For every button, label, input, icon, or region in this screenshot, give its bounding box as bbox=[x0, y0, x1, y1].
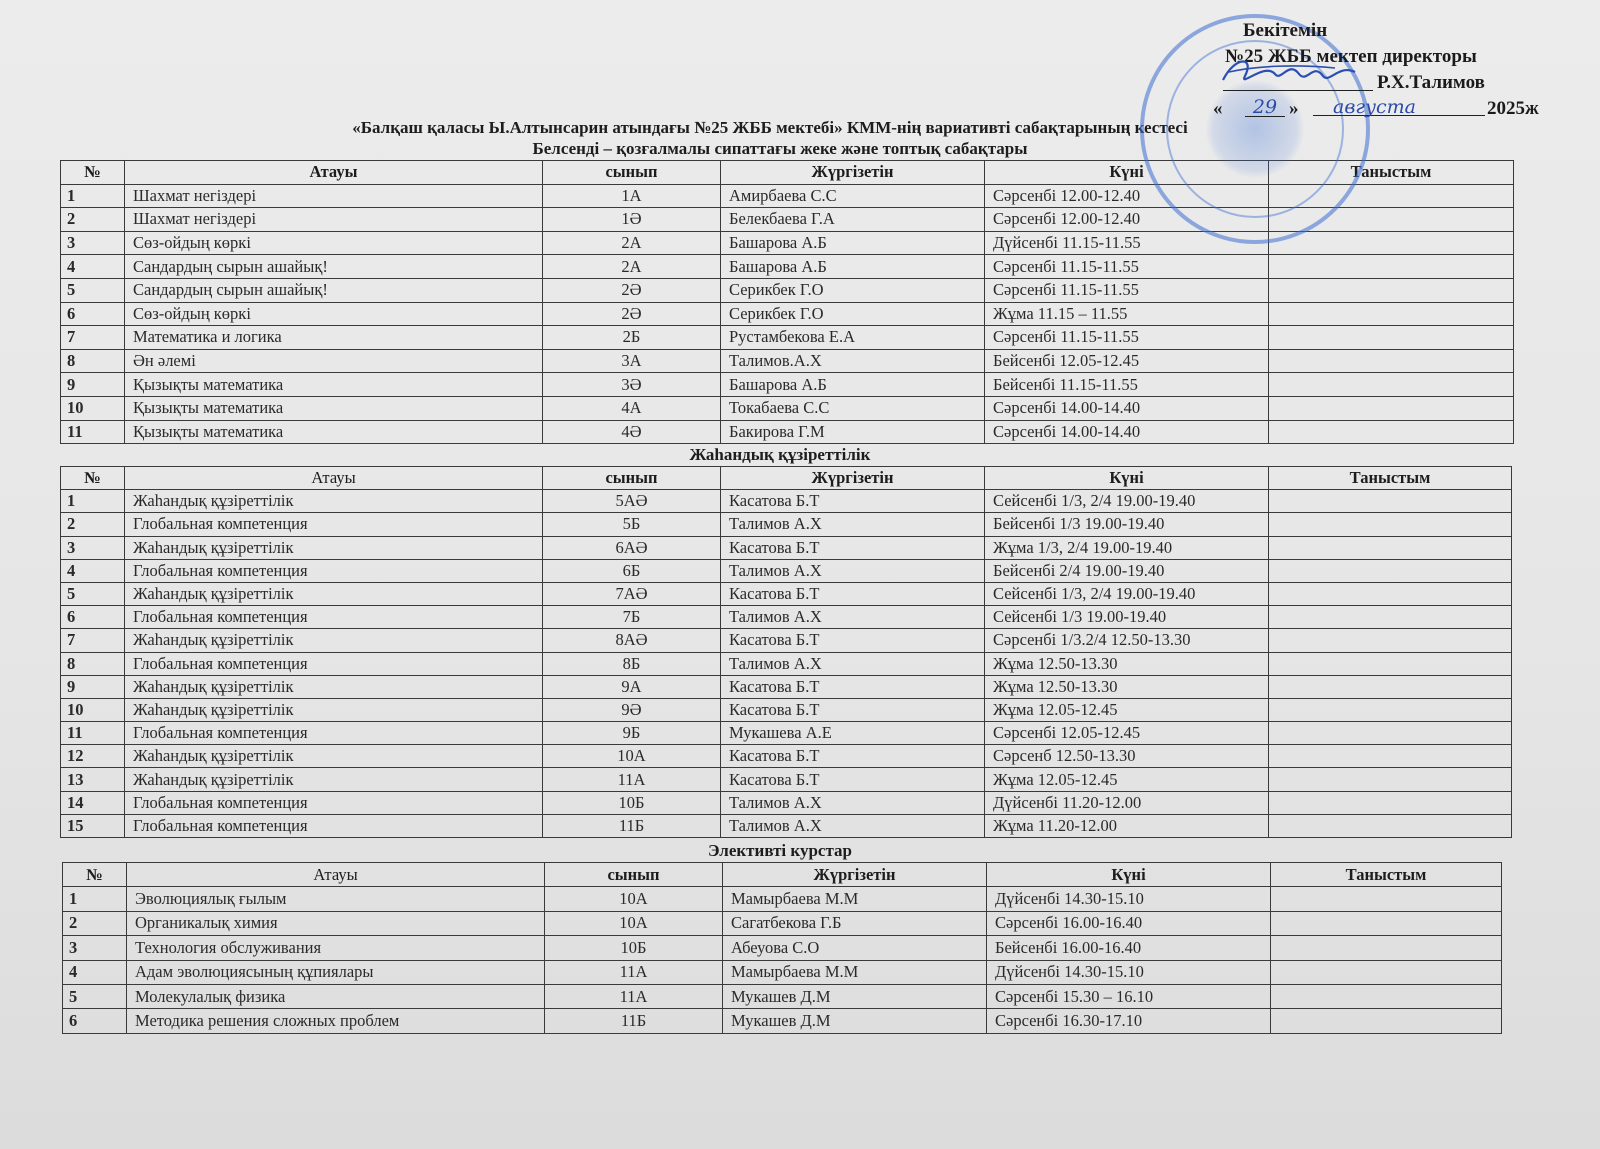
class-cell: 11А bbox=[543, 768, 721, 791]
schedule-cell: Сейсенбі 1/3 19.00-19.40 bbox=[985, 606, 1269, 629]
teacher-cell: Касатова Б.Т bbox=[721, 629, 985, 652]
section-title-global: Жаһандық құзіреттілік bbox=[60, 445, 1500, 465]
row-number: 8 bbox=[61, 349, 125, 373]
col-class-header: сынып bbox=[543, 161, 721, 185]
section-title-active: Белсенді – қозғалмалы сипаттағы жеке жән… bbox=[60, 139, 1500, 159]
table-row: 2Шахмат негіздері1ӘБелекбаева Г.АСәрсенб… bbox=[61, 208, 1514, 232]
col-class-header: сынып bbox=[543, 467, 721, 490]
table-row: 13Жаһандық құзіреттілік11АКасатова Б.ТЖұ… bbox=[61, 768, 1512, 791]
row-number: 11 bbox=[61, 722, 125, 745]
class-cell: 2Ә bbox=[543, 278, 721, 302]
schedule-table-electives: №АтауысыныпЖүргізетінКүніТаныстым 1Эволю… bbox=[62, 862, 1502, 1034]
class-cell: 11А bbox=[545, 960, 723, 984]
teacher-cell: Амирбаева С.С bbox=[721, 184, 985, 208]
class-cell: 1А bbox=[543, 184, 721, 208]
teacher-cell: Талимов.А.Х bbox=[721, 349, 985, 373]
class-cell: 11Б bbox=[545, 1009, 723, 1033]
acknowledged-cell[interactable] bbox=[1269, 490, 1512, 513]
table-row: 7Математика и логика2БРустамбекова Е.АСә… bbox=[61, 326, 1514, 350]
row-number: 13 bbox=[61, 768, 125, 791]
schedule-cell: Сәрсенбі 16.00-16.40 bbox=[987, 911, 1271, 935]
class-cell: 4Ә bbox=[543, 420, 721, 444]
class-cell: 11Б bbox=[543, 814, 721, 837]
table-row: 11Глобальная компетенция9БМукашева А.ЕСә… bbox=[61, 722, 1512, 745]
table-header-row: №АтауысыныпЖүргізетінКүніТаныстым bbox=[63, 863, 1502, 887]
row-number: 8 bbox=[61, 652, 125, 675]
schedule-cell: Сейсенбі 1/3, 2/4 19.00-19.40 bbox=[985, 582, 1269, 605]
col-teacher-header: Жүргізетін bbox=[721, 161, 985, 185]
row-number: 15 bbox=[61, 814, 125, 837]
acknowledged-cell[interactable] bbox=[1269, 255, 1514, 279]
col-class-header: сынып bbox=[545, 863, 723, 887]
course-name: Глобальная компетенция bbox=[125, 513, 543, 536]
approval-signature-line: Р.Х.Талимов bbox=[1205, 70, 1545, 96]
acknowledged-cell[interactable] bbox=[1269, 652, 1512, 675]
schedule-cell: Сәрсенбі 14.00-14.40 bbox=[985, 396, 1269, 420]
teacher-cell: Мамырбаева М.М bbox=[723, 960, 987, 984]
acknowledged-cell[interactable] bbox=[1269, 675, 1512, 698]
table-row: 12Жаһандық құзіреттілік10АКасатова Б.ТСә… bbox=[61, 745, 1512, 768]
table-row: 3Технология обслуживания10БАбеуова С.ОБе… bbox=[63, 936, 1502, 960]
schedule-cell: Сәрсенбі 11.15-11.55 bbox=[985, 326, 1269, 350]
class-cell: 4А bbox=[543, 396, 721, 420]
teacher-cell: Касатова Б.Т bbox=[721, 745, 985, 768]
schedule-cell: Сәрсенбі 12.00-12.40 bbox=[985, 184, 1269, 208]
acknowledged-cell[interactable] bbox=[1271, 1009, 1502, 1033]
row-number: 4 bbox=[61, 559, 125, 582]
table-row: 2Глобальная компетенция5БТалимов А.ХБейс… bbox=[61, 513, 1512, 536]
teacher-cell: Касатова Б.Т bbox=[721, 698, 985, 721]
table-row: 4Сандардың сырын ашайық!2АБашарова А.БСә… bbox=[61, 255, 1514, 279]
table-row: 4Адам эволюциясының құпиялары11АМамырбае… bbox=[63, 960, 1502, 984]
class-cell: 10Б bbox=[543, 791, 721, 814]
table-row: 7Жаһандық құзіреттілік8АӘКасатова Б.ТСәр… bbox=[61, 629, 1512, 652]
acknowledged-cell[interactable] bbox=[1269, 582, 1512, 605]
table-row: 14Глобальная компетенция10БТалимов А.ХДү… bbox=[61, 791, 1512, 814]
schedule-cell: Жұма 1/3, 2/4 19.00-19.40 bbox=[985, 536, 1269, 559]
row-number: 14 bbox=[61, 791, 125, 814]
course-name: Қызықты математика bbox=[125, 373, 543, 397]
col-name-header: Атауы bbox=[125, 467, 543, 490]
col-teacher-header: Жүргізетін bbox=[721, 467, 985, 490]
course-name: Жаһандық құзіреттілік bbox=[125, 698, 543, 721]
acknowledged-cell[interactable] bbox=[1269, 814, 1512, 837]
class-cell: 10А bbox=[545, 911, 723, 935]
teacher-cell: Талимов А.Х bbox=[721, 513, 985, 536]
course-name: Математика и логика bbox=[125, 326, 543, 350]
class-cell: 9А bbox=[543, 675, 721, 698]
teacher-cell: Талимов А.Х bbox=[721, 791, 985, 814]
teacher-cell: Башарова А.Б bbox=[721, 373, 985, 397]
acknowledged-cell[interactable] bbox=[1269, 208, 1514, 232]
table-row: 15Глобальная компетенция11БТалимов А.ХЖұ… bbox=[61, 814, 1512, 837]
schedule-cell: Сәрсенбі 14.00-14.40 bbox=[985, 420, 1269, 444]
course-name: Сандардың сырын ашайық! bbox=[125, 255, 543, 279]
table-row: 4Глобальная компетенция6БТалимов А.ХБейс… bbox=[61, 559, 1512, 582]
teacher-cell: Касатова Б.Т bbox=[721, 582, 985, 605]
row-number: 10 bbox=[61, 698, 125, 721]
class-cell: 6Б bbox=[543, 559, 721, 582]
acknowledged-cell[interactable] bbox=[1271, 911, 1502, 935]
schedule-cell: Жұма 12.05-12.45 bbox=[985, 768, 1269, 791]
acknowledged-cell[interactable] bbox=[1269, 536, 1512, 559]
course-name: Жаһандық құзіреттілік bbox=[125, 745, 543, 768]
table-row: 5Молекулалық физика11АМукашев Д.МСәрсенб… bbox=[63, 984, 1502, 1008]
schedule-cell: Дүйсенбі 11.15-11.55 bbox=[985, 231, 1269, 255]
schedule-cell: Дүйсенбі 11.20-12.00 bbox=[985, 791, 1269, 814]
teacher-cell: Башарова А.Б bbox=[721, 255, 985, 279]
col-number-header: № bbox=[63, 863, 127, 887]
table-row: 8Ән әлемі3АТалимов.А.ХБейсенбі 12.05-12.… bbox=[61, 349, 1514, 373]
director-name: Р.Х.Талимов bbox=[1377, 70, 1485, 96]
teacher-cell: Мукашев Д.М bbox=[723, 1009, 987, 1033]
class-cell: 8Б bbox=[543, 652, 721, 675]
table-row: 1Жаһандық құзіреттілік5АӘКасатова Б.ТСей… bbox=[61, 490, 1512, 513]
course-name: Эволюциялық ғылым bbox=[127, 887, 545, 911]
schedule-cell: Бейсенбі 2/4 19.00-19.40 bbox=[985, 559, 1269, 582]
schedule-cell: Жұма 11.15 – 11.55 bbox=[985, 302, 1269, 326]
teacher-cell: Касатова Б.Т bbox=[721, 768, 985, 791]
teacher-cell: Токабаева С.С bbox=[721, 396, 985, 420]
schedule-cell: Сәрсенбі 16.30-17.10 bbox=[987, 1009, 1271, 1033]
row-number: 1 bbox=[61, 490, 125, 513]
schedule-cell: Сейсенбі 1/3, 2/4 19.00-19.40 bbox=[985, 490, 1269, 513]
row-number: 7 bbox=[61, 326, 125, 350]
table-row: 1Шахмат негіздері1ААмирбаева С.ССәрсенбі… bbox=[61, 184, 1514, 208]
acknowledged-cell[interactable] bbox=[1269, 278, 1514, 302]
acknowledged-cell[interactable] bbox=[1271, 984, 1502, 1008]
teacher-cell: Мукашев Д.М bbox=[723, 984, 987, 1008]
table-header-row: №АтауысыныпЖүргізетінКүніТаныстым bbox=[61, 161, 1514, 185]
teacher-cell: Бакирова Г.М bbox=[721, 420, 985, 444]
teacher-cell: Белекбаева Г.А bbox=[721, 208, 985, 232]
teacher-cell: Касатова Б.Т bbox=[721, 490, 985, 513]
approval-day: 29 bbox=[1245, 94, 1285, 117]
approval-year: 2025ж bbox=[1487, 96, 1539, 122]
teacher-cell: Башарова А.Б bbox=[721, 231, 985, 255]
table-row: 5Жаһандық құзіреттілік7АӘКасатова Б.ТСей… bbox=[61, 582, 1512, 605]
schedule-cell: Жұма 11.20-12.00 bbox=[985, 814, 1269, 837]
approval-block: Бекітемін №25 ЖББ мектеп директоры Р.Х.Т… bbox=[1205, 18, 1545, 122]
row-number: 1 bbox=[61, 184, 125, 208]
course-name: Сөз-ойдың көркі bbox=[125, 302, 543, 326]
row-number: 5 bbox=[63, 984, 127, 1008]
approval-position: №25 ЖББ мектеп директоры bbox=[1205, 44, 1545, 70]
acknowledged-cell[interactable] bbox=[1269, 698, 1512, 721]
course-name: Глобальная компетенция bbox=[125, 606, 543, 629]
course-name: Глобальная компетенция bbox=[125, 559, 543, 582]
section-title-electives: Элективті курстар bbox=[60, 841, 1500, 861]
acknowledged-cell[interactable] bbox=[1269, 513, 1512, 536]
acknowledged-cell[interactable] bbox=[1269, 231, 1514, 255]
schedule-cell: Бейсенбі 16.00-16.40 bbox=[987, 936, 1271, 960]
class-cell: 2А bbox=[543, 231, 721, 255]
class-cell: 10Б bbox=[545, 936, 723, 960]
class-cell: 10А bbox=[543, 745, 721, 768]
table-row: 10Қызықты математика4АТокабаева С.ССәрсе… bbox=[61, 396, 1514, 420]
row-number: 3 bbox=[61, 536, 125, 559]
acknowledged-cell[interactable] bbox=[1271, 960, 1502, 984]
acknowledged-cell[interactable] bbox=[1269, 184, 1514, 208]
class-cell: 1Ә bbox=[543, 208, 721, 232]
teacher-cell: Серикбек Г.О bbox=[721, 278, 985, 302]
acknowledged-cell[interactable] bbox=[1269, 629, 1512, 652]
row-number: 3 bbox=[61, 231, 125, 255]
acknowledged-cell[interactable] bbox=[1269, 373, 1514, 397]
class-cell: 3А bbox=[543, 349, 721, 373]
table-row: 8Глобальная компетенция8БТалимов А.ХЖұма… bbox=[61, 652, 1512, 675]
schedule-cell: Сәрсенбі 1/3.2/4 12.50-13.30 bbox=[985, 629, 1269, 652]
schedule-cell: Жұма 12.05-12.45 bbox=[985, 698, 1269, 721]
col-acknowledged-header: Таныстым bbox=[1271, 863, 1502, 887]
schedule-cell: Дүйсенбі 14.30-15.10 bbox=[987, 887, 1271, 911]
row-number: 5 bbox=[61, 582, 125, 605]
acknowledged-cell[interactable] bbox=[1269, 745, 1512, 768]
acknowledged-cell[interactable] bbox=[1269, 559, 1512, 582]
teacher-cell: Талимов А.Х bbox=[721, 559, 985, 582]
acknowledged-cell[interactable] bbox=[1269, 768, 1512, 791]
course-name: Молекулалық физика bbox=[127, 984, 545, 1008]
table-row: 3Сөз-ойдың көркі2АБашарова А.БДүйсенбі 1… bbox=[61, 231, 1514, 255]
schedule-table-global: №АтауысыныпЖүргізетінКүніТаныстым 1Жаһан… bbox=[60, 466, 1512, 838]
row-number: 3 bbox=[63, 936, 127, 960]
row-number: 7 bbox=[61, 629, 125, 652]
acknowledged-cell[interactable] bbox=[1269, 396, 1514, 420]
col-number-header: № bbox=[61, 161, 125, 185]
row-number: 5 bbox=[61, 278, 125, 302]
class-cell: 6АӘ bbox=[543, 536, 721, 559]
table-row: 9Жаһандық құзіреттілік9АКасатова Б.ТЖұма… bbox=[61, 675, 1512, 698]
schedule-cell: Сәрсенбі 11.15-11.55 bbox=[985, 255, 1269, 279]
table-row: 6Сөз-ойдың көркі2ӘСерикбек Г.ОЖұма 11.15… bbox=[61, 302, 1514, 326]
teacher-cell: Талимов А.Х bbox=[721, 606, 985, 629]
approval-heading: Бекітемін bbox=[1205, 18, 1545, 44]
schedule-cell: Бейсенбі 12.05-12.45 bbox=[985, 349, 1269, 373]
table-row: 1Эволюциялық ғылым10АМамырбаева М.МДүйсе… bbox=[63, 887, 1502, 911]
class-cell: 10А bbox=[545, 887, 723, 911]
row-number: 2 bbox=[63, 911, 127, 935]
table-row: 5Сандардың сырын ашайық!2ӘСерикбек Г.ОСә… bbox=[61, 278, 1514, 302]
schedule-cell: Сәрсенбі 12.00-12.40 bbox=[985, 208, 1269, 232]
class-cell: 5Б bbox=[543, 513, 721, 536]
schedule-cell: Жұма 12.50-13.30 bbox=[985, 652, 1269, 675]
acknowledged-cell[interactable] bbox=[1269, 420, 1514, 444]
course-name: Глобальная компетенция bbox=[125, 722, 543, 745]
course-name: Методика решения сложных проблем bbox=[127, 1009, 545, 1033]
course-name: Жаһандық құзіреттілік bbox=[125, 629, 543, 652]
schedule-cell: Сәрсенбі 15.30 – 16.10 bbox=[987, 984, 1271, 1008]
col-day-header: Күні bbox=[987, 863, 1271, 887]
schedule-cell: Бейсенбі 1/3 19.00-19.40 bbox=[985, 513, 1269, 536]
signature-underline bbox=[1223, 90, 1373, 91]
course-name: Жаһандық құзіреттілік bbox=[125, 675, 543, 698]
acknowledged-cell[interactable] bbox=[1269, 791, 1512, 814]
course-name: Қызықты математика bbox=[125, 396, 543, 420]
row-number: 12 bbox=[61, 745, 125, 768]
row-number: 6 bbox=[63, 1009, 127, 1033]
table-row: 6Методика решения сложных проблем11БМука… bbox=[63, 1009, 1502, 1033]
table-header-row: №АтауысыныпЖүргізетінКүніТаныстым bbox=[61, 467, 1512, 490]
row-number: 9 bbox=[61, 675, 125, 698]
course-name: Технология обслуживания bbox=[127, 936, 545, 960]
table-row: 10Жаһандық құзіреттілік9ӘКасатова Б.ТЖұм… bbox=[61, 698, 1512, 721]
row-number: 2 bbox=[61, 513, 125, 536]
teacher-cell: Талимов А.Х bbox=[721, 652, 985, 675]
teacher-cell: Касатова Б.Т bbox=[721, 536, 985, 559]
quote-open: « bbox=[1213, 96, 1223, 122]
course-name: Сөз-ойдың көркі bbox=[125, 231, 543, 255]
class-cell: 7Б bbox=[543, 606, 721, 629]
course-name: Глобальная компетенция bbox=[125, 814, 543, 837]
class-cell: 5АӘ bbox=[543, 490, 721, 513]
col-name-header: Атауы bbox=[127, 863, 545, 887]
col-acknowledged-header: Таныстым bbox=[1269, 161, 1514, 185]
teacher-cell: Мамырбаева М.М bbox=[723, 887, 987, 911]
row-number: 4 bbox=[61, 255, 125, 279]
schedule-cell: Жұма 12.50-13.30 bbox=[985, 675, 1269, 698]
row-number: 10 bbox=[61, 396, 125, 420]
col-acknowledged-header: Таныстым bbox=[1269, 467, 1512, 490]
teacher-cell: Сагатбекова Г.Б bbox=[723, 911, 987, 935]
schedule-cell: Дүйсенбі 14.30-15.10 bbox=[987, 960, 1271, 984]
table-row: 3Жаһандық құзіреттілік6АӘКасатова Б.ТЖұм… bbox=[61, 536, 1512, 559]
teacher-cell: Мукашева А.Е bbox=[721, 722, 985, 745]
class-cell: 9Ә bbox=[543, 698, 721, 721]
class-cell: 3Ә bbox=[543, 373, 721, 397]
class-cell: 2Ә bbox=[543, 302, 721, 326]
course-name: Глобальная компетенция bbox=[125, 791, 543, 814]
row-number: 6 bbox=[61, 606, 125, 629]
col-day-header: Күні bbox=[985, 467, 1269, 490]
course-name: Органикалық химия bbox=[127, 911, 545, 935]
class-cell: 8АӘ bbox=[543, 629, 721, 652]
table-row: 11Қызықты математика4ӘБакирова Г.МСәрсен… bbox=[61, 420, 1514, 444]
course-name: Ән әлемі bbox=[125, 349, 543, 373]
class-cell: 2Б bbox=[543, 326, 721, 350]
teacher-cell: Талимов А.Х bbox=[721, 814, 985, 837]
course-name: Қызықты математика bbox=[125, 420, 543, 444]
table-row: 6Глобальная компетенция7БТалимов А.ХСейс… bbox=[61, 606, 1512, 629]
schedule-cell: Сәрсенбі 12.05-12.45 bbox=[985, 722, 1269, 745]
col-teacher-header: Жүргізетін bbox=[723, 863, 987, 887]
class-cell: 9Б bbox=[543, 722, 721, 745]
acknowledged-cell[interactable] bbox=[1271, 936, 1502, 960]
approval-month: августа bbox=[1313, 94, 1485, 116]
acknowledged-cell[interactable] bbox=[1269, 349, 1514, 373]
row-number: 1 bbox=[63, 887, 127, 911]
schedule-cell: Сәрсенбі 11.15-11.55 bbox=[985, 278, 1269, 302]
col-day-header: Күні bbox=[985, 161, 1269, 185]
teacher-cell: Касатова Б.Т bbox=[721, 675, 985, 698]
row-number: 4 bbox=[63, 960, 127, 984]
course-name: Жаһандық құзіреттілік bbox=[125, 768, 543, 791]
course-name: Жаһандық құзіреттілік bbox=[125, 536, 543, 559]
table-row: 2Органикалық химия10АСагатбекова Г.БСәрс… bbox=[63, 911, 1502, 935]
course-name: Глобальная компетенция bbox=[125, 652, 543, 675]
schedule-cell: Бейсенбі 11.15-11.55 bbox=[985, 373, 1269, 397]
col-number-header: № bbox=[61, 467, 125, 490]
acknowledged-cell[interactable] bbox=[1271, 887, 1502, 911]
table-row: 9Қызықты математика3Ә Башарова А.ББейсен… bbox=[61, 373, 1514, 397]
row-number: 9 bbox=[61, 373, 125, 397]
course-name: Шахмат негіздері bbox=[125, 208, 543, 232]
acknowledged-cell[interactable] bbox=[1269, 302, 1514, 326]
quote-close: » bbox=[1289, 96, 1299, 122]
row-number: 11 bbox=[61, 420, 125, 444]
acknowledged-cell[interactable] bbox=[1269, 606, 1512, 629]
acknowledged-cell[interactable] bbox=[1269, 326, 1514, 350]
col-name-header: Атауы bbox=[125, 161, 543, 185]
teacher-cell: Рустамбекова Е.А bbox=[721, 326, 985, 350]
course-name: Адам эволюциясының құпиялары bbox=[127, 960, 545, 984]
acknowledged-cell[interactable] bbox=[1269, 722, 1512, 745]
course-name: Шахмат негіздері bbox=[125, 184, 543, 208]
row-number: 6 bbox=[61, 302, 125, 326]
course-name: Сандардың сырын ашайық! bbox=[125, 278, 543, 302]
course-name: Жаһандық құзіреттілік bbox=[125, 490, 543, 513]
teacher-cell: Абеуова С.О bbox=[723, 936, 987, 960]
teacher-cell: Серикбек Г.О bbox=[721, 302, 985, 326]
class-cell: 11А bbox=[545, 984, 723, 1008]
approval-date: « 29 » августа 2025ж bbox=[1205, 96, 1545, 122]
schedule-table-active: №АтауысыныпЖүргізетінКүніТаныстым 1Шахма… bbox=[60, 160, 1514, 444]
schedule-cell: Сәрсенб 12.50-13.30 bbox=[985, 745, 1269, 768]
class-cell: 2А bbox=[543, 255, 721, 279]
course-name: Жаһандық құзіреттілік bbox=[125, 582, 543, 605]
class-cell: 7АӘ bbox=[543, 582, 721, 605]
row-number: 2 bbox=[61, 208, 125, 232]
